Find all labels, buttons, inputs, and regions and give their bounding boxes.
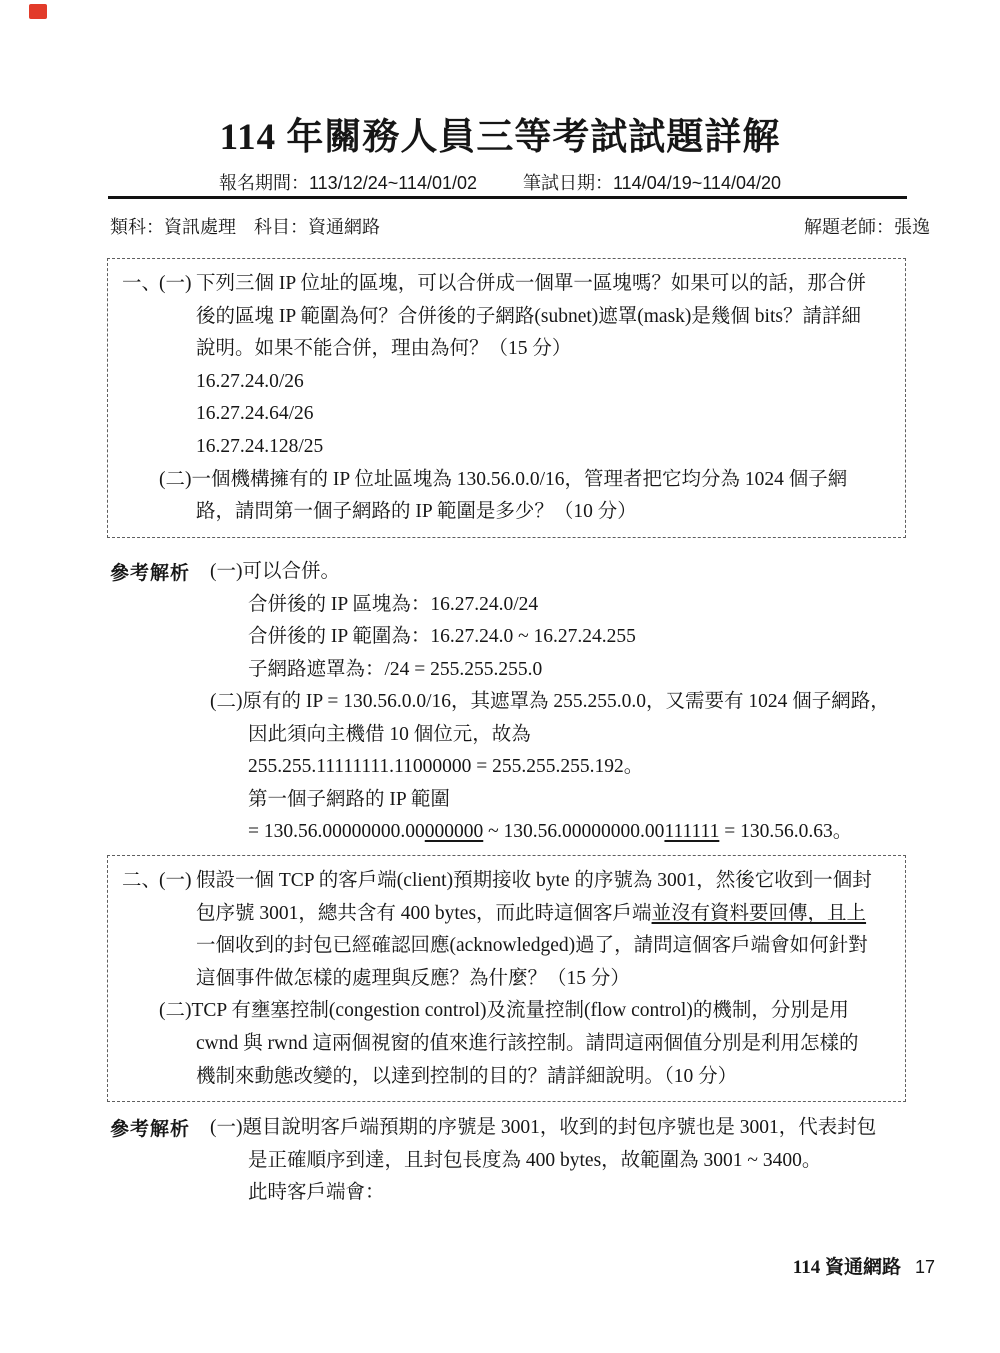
answer-line: 此時客戶端會： [210, 1177, 942, 1210]
question-text: TCP 有壅塞控制(congestion control)及流量控制(flow … [192, 1000, 849, 1021]
underlined-bits: 000000 [425, 821, 484, 842]
question-number: 二、 [122, 865, 159, 898]
answer-line: (二)原有的 IP = 130.56.0.0/16，其遮罩為 255.255.0… [210, 686, 942, 719]
binary-range-text: = 130.56.00000000.00 [248, 821, 425, 842]
page-title: 114 年關務人員三等考試試題詳解 [0, 106, 1000, 160]
header-divider [108, 196, 907, 199]
question-line: (二)TCP 有壅塞控制(congestion control)及流量控制(fl… [122, 995, 895, 1028]
category-subject: 類科：資訊處理 科目：資通網路 [110, 213, 380, 239]
answer-line: 子網路遮罩為：/24 = 255.255.255.0 [210, 654, 942, 687]
footer-book-label: 114 資通網路 [793, 1252, 901, 1279]
answer-line: (一)可以合併。 [210, 556, 942, 589]
binary-range-text: ~ 130.56.00000000.00 [483, 821, 664, 842]
ip-block-item: 16.27.24.0/26 [122, 366, 895, 399]
analysis-1: 參考解析 (一)可以合併。 合併後的 IP 區塊為：16.27.24.0/24 … [110, 556, 942, 849]
part-marker: (二) [159, 1000, 192, 1021]
question-line: 說明。如果不能合併，理由為何？（15 分） [122, 333, 895, 366]
question-number: 一、 [122, 268, 159, 301]
red-scan-mark [29, 4, 47, 19]
question-line: cwnd 與 rwnd 這兩個視窗的值來進行該控制。請問這兩個值分別是利用怎樣的 [122, 1028, 895, 1061]
meta-row: 類科：資訊處理 科目：資通網路 解題老師：張逸 [110, 213, 930, 239]
question-line: 機制來動態改變的，以達到控制的目的？請詳細說明。（10 分） [122, 1061, 895, 1094]
analysis-2: 參考解析 (一)題目說明客戶端預期的序號是 3001，收到的封包序號也是 300… [110, 1112, 942, 1210]
answer-line: 255.255.11111111.11000000 = 255.255.255.… [210, 751, 942, 784]
question-text: 假設一個 TCP 的客戶端(client)預期接收 byte 的序號為 3001… [196, 870, 872, 891]
answer-line: 第一個子網路的 IP 範圍 [210, 784, 942, 817]
question-1-box: 一、(一)下列三個 IP 位址的區塊，可以合併成一個單一區塊嗎？如果可以的話，那… [107, 258, 906, 538]
solution-teacher: 解題老師：張逸 [804, 213, 930, 239]
ip-block-item: 16.27.24.128/25 [122, 431, 895, 464]
question-line: (二)一個機構擁有的 IP 位址區塊為 130.56.0.0/16，管理者把它均… [122, 464, 895, 497]
page-footer: 114 資通網路 17 [793, 1252, 935, 1279]
question-text: 包序號 3001，總共含有 400 bytes，而此時這個客戶端 [196, 903, 652, 924]
question-line: 包序號 3001，總共含有 400 bytes，而此時這個客戶端並沒有資料要回傳… [122, 898, 895, 931]
part-marker: (一) [159, 268, 196, 301]
part-marker: (二) [159, 469, 192, 490]
ip-block-item: 16.27.24.64/26 [122, 398, 895, 431]
underlined-bits: 111111 [664, 821, 719, 842]
question-line: 後的區塊 IP 範圍為何？合併後的子網路(subnet)遮罩(mask)是幾個 … [122, 301, 895, 334]
question-2-box: 二、(一)假設一個 TCP 的客戶端(client)預期接收 byte 的序號為… [107, 855, 906, 1102]
question-line: 一個收到的封包已經確認回應(acknowledged)過了，請問這個客戶端會如何… [122, 930, 895, 963]
question-line: 路，請問第一個子網路的 IP 範圍是多少？（10 分） [122, 496, 895, 529]
answer-line: 因此須向主機借 10 個位元，故為 [210, 719, 942, 752]
underlined-text: 並沒有資料要回傳，且上 [652, 903, 867, 924]
registration-period: 報名期間：113/12/24~114/01/02 [219, 169, 477, 195]
question-text: 一個機構擁有的 IP 位址區塊為 130.56.0.0/16，管理者把它均分為 … [192, 469, 848, 490]
written-exam-date: 筆試日期：114/04/19~114/04/20 [523, 169, 781, 195]
question-line: 一、(一)下列三個 IP 位址的區塊，可以合併成一個單一區塊嗎？如果可以的話，那… [122, 268, 895, 301]
answer-line: = 130.56.00000000.00000000 ~ 130.56.0000… [210, 816, 942, 849]
question-line: 二、(一)假設一個 TCP 的客戶端(client)預期接收 byte 的序號為… [122, 865, 895, 898]
answer-line: (一)題目說明客戶端預期的序號是 3001，收到的封包序號也是 3001，代表封… [210, 1112, 942, 1145]
part-marker: (一) [159, 865, 196, 898]
answer-line: 合併後的 IP 範圍為：16.27.24.0 ~ 16.27.24.255 [210, 621, 942, 654]
analysis-label: 參考解析 [110, 558, 190, 591]
answer-line: 合併後的 IP 區塊為：16.27.24.0/24 [210, 589, 942, 622]
question-line: 這個事件做怎樣的處理與反應？為什麼？（15 分） [122, 963, 895, 996]
exam-dates-row: 報名期間：113/12/24~114/01/02 筆試日期：114/04/19~… [0, 169, 1000, 195]
answer-line: 是正確順序到達，且封包長度為 400 bytes，故範圍為 3001 ~ 340… [210, 1145, 942, 1178]
footer-page-number: 17 [915, 1257, 935, 1278]
binary-range-text: = 130.56.0.63。 [719, 821, 852, 842]
analysis-label: 參考解析 [110, 1114, 190, 1147]
question-text: 下列三個 IP 位址的區塊，可以合併成一個單一區塊嗎？如果可以的話，那合併 [196, 273, 866, 294]
